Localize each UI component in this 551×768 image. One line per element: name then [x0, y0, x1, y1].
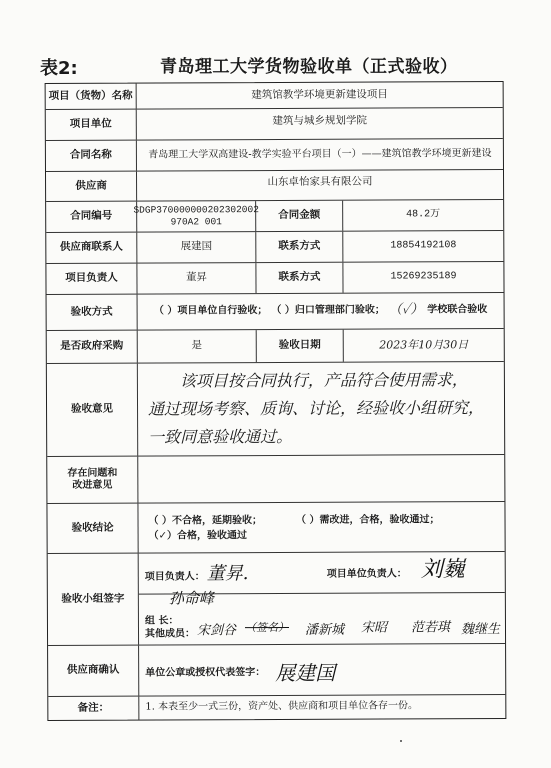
- group-leader-signature: 孙命峰: [169, 587, 214, 608]
- supplier-contact-value: 展建国: [137, 232, 256, 263]
- member-signature-4: 宋昭: [361, 617, 387, 636]
- project-leader-phone-label: 联系方式: [256, 263, 343, 293]
- remarks-value: 1. 本表至少一式三份，资产处、供应商和项目单位各存一份。: [139, 695, 505, 720]
- unit-leader-sign-label: 项目单位负责人：: [327, 564, 407, 579]
- contract-number-line1: SDGP370000000202302002: [133, 204, 258, 216]
- member-signature-2: （签名）: [245, 619, 289, 635]
- row-team-signature: 验收小组签字 项目负责人： 董昇. 项目单位负责人： 刘巍 孙命峰 组 长： 其…: [48, 552, 505, 646]
- acceptance-method-options: （ ）项目单位自行验收； （ ）归口管理部门验收； （✓） 学校联合验收: [138, 293, 504, 330]
- acceptance-opinion-handwriting: 该项目按合同执行，产品符合使用需求， 通过现场考察、质询、讨论，经验收小组研究，…: [138, 362, 504, 456]
- project-name-value: 建筑馆教学环境更新建设项目: [137, 82, 503, 109]
- remarks-label: 备注：: [48, 697, 139, 720]
- contract-number-value: SDGP370000000202302002 970A2 001: [137, 201, 256, 232]
- member-signature-3: 潘新城: [305, 619, 344, 638]
- row-project-name: 项目（货物）名称 建筑馆教学环境更新建设项目: [46, 82, 503, 110]
- conclusion-option-improve: （ ）需改进，合格，验收通过；: [296, 512, 440, 528]
- unit-leader-signature: 刘巍: [421, 552, 465, 583]
- contract-number-label: 合同编号: [46, 202, 137, 232]
- supplier-signature: 展建国: [275, 660, 335, 685]
- supplier-contact-label: 供应商联系人: [46, 233, 137, 263]
- row-issues: 存在问题和 改进意见: [47, 455, 504, 504]
- opinion-line-3: 一致同意验收通过。: [148, 422, 496, 452]
- option-self-acceptance: （ ）项目单位自行验收；: [154, 305, 268, 318]
- conclusion-option-pass: （✓）合格，验收通过: [149, 527, 495, 544]
- project-leader-sign-label: 项目负责人：: [145, 567, 205, 582]
- row-conclusion: 验收结论 （ ）不合格，延期验收； （ ）需改进，合格，验收通过； （✓）合格，…: [47, 502, 504, 554]
- option-department-acceptance: （ ）归口管理部门验收；: [271, 305, 385, 318]
- conclusion-option-fail: （ ）不合格，延期验收；: [148, 513, 262, 528]
- issues-value: [138, 455, 504, 503]
- row-contract-number: 合同编号 SDGP370000000202302002 970A2 001 合同…: [46, 200, 503, 233]
- gov-procurement-label: 是否政府采购: [47, 331, 138, 363]
- opinion-line-1: 该项目按合同执行，产品符合使用需求，: [148, 366, 496, 396]
- acceptance-date-label: 验收日期: [257, 330, 344, 362]
- acceptance-form-table: 项目（货物）名称 建筑馆教学环境更新建设项目 项目单位 建筑与城乡规划学院 合同…: [45, 81, 507, 721]
- acceptance-method-label: 验收方式: [47, 295, 138, 330]
- row-supplier: 供应商 山东卓怡家具有限公司: [46, 170, 503, 202]
- gov-procurement-value: 是: [138, 330, 257, 363]
- row-acceptance-method: 验收方式 （ ）项目单位自行验收； （ ）归口管理部门验收； （✓） 学校联合验…: [47, 293, 504, 331]
- project-unit-value: 建筑与城乡规划学院: [137, 108, 503, 140]
- project-leader-signature: 董昇.: [207, 559, 249, 585]
- contract-amount-value: 48.2万: [343, 200, 503, 231]
- row-contract-name: 合同名称 青岛理工大学双高建设-教学实验平台项目（一）——建筑馆教学环境更新建设: [46, 139, 503, 172]
- row-project-unit: 项目单位 建筑与城乡规划学院: [46, 108, 503, 141]
- supplier-confirm-area: 单位公章或授权代表签字： 展建国: [139, 644, 505, 696]
- contract-amount-label: 合同金额: [256, 201, 343, 231]
- table-number: 表2:: [40, 54, 78, 80]
- conclusion-label: 验收结论: [47, 504, 138, 553]
- supplier-phone-label: 联系方式: [256, 232, 343, 262]
- contract-number-line2: 970A2 001: [171, 216, 222, 228]
- row-project-leader: 项目负责人 董昇 联系方式 15269235189: [46, 262, 503, 295]
- team-signature-area: 项目负责人： 董昇. 项目单位负责人： 刘巍 孙命峰 组 长： 其他成员： 宋剑…: [139, 552, 505, 645]
- project-leader-label: 项目负责人: [46, 264, 137, 294]
- acceptance-opinion-label: 验收意见: [47, 364, 138, 456]
- issues-label: 存在问题和 改进意见: [47, 457, 138, 503]
- supplier-confirm-label: 供应商确认: [48, 646, 139, 696]
- supplier-value: 山东卓怡家具有限公司: [137, 170, 503, 201]
- supplier-label: 供应商: [46, 172, 137, 201]
- row-supplier-confirm: 供应商确认 单位公章或授权代表签字： 展建国: [48, 644, 505, 697]
- member-signature-5: 范若琪: [411, 616, 450, 635]
- form-title: 青岛理工大学货物验收单（正式验收）: [160, 52, 450, 77]
- opinion-line-2: 通过现场考察、质询、讨论，经验收小组研究，: [148, 394, 496, 424]
- project-unit-label: 项目单位: [46, 110, 137, 140]
- row-acceptance-opinion: 验收意见 该项目按合同执行，产品符合使用需求， 通过现场考察、质询、讨论，经验收…: [47, 362, 504, 457]
- row-supplier-contact: 供应商联系人 展建国 联系方式 18854192108: [46, 231, 503, 264]
- issues-label-line1: 存在问题和: [67, 467, 117, 480]
- conclusion-options: （ ）不合格，延期验收； （ ）需改进，合格，验收通过； （✓）合格，验收通过: [138, 502, 504, 553]
- acceptance-date-value: 2023年10月30日: [344, 329, 504, 362]
- scan-speck: [400, 740, 402, 742]
- project-name-label: 项目（货物）名称: [46, 84, 137, 109]
- supplier-stamp-label: 单位公章或授权代表签字：: [145, 667, 265, 680]
- project-leader-value: 董昇: [137, 263, 256, 294]
- row-gov-procurement: 是否政府采购 是 验收日期 2023年10月30日: [47, 329, 504, 364]
- row-remarks: 备注： 1. 本表至少一式三份，资产处、供应商和项目单位各存一份。: [48, 695, 505, 720]
- team-signature-label: 验收小组签字: [48, 554, 139, 645]
- member-signature-1: 宋剑谷: [197, 619, 236, 638]
- members-signature-row: 孙命峰 组 长： 其他成员： 宋剑谷 （签名） 潘新城 宋昭 范若琪 魏继生: [139, 592, 505, 645]
- contract-name-value: 青岛理工大学双高建设-教学实验平台项目（一）——建筑馆教学环境更新建设: [137, 139, 503, 171]
- project-leader-phone-value: 15269235189: [343, 262, 503, 293]
- member-signature-6: 魏继生: [461, 618, 500, 637]
- checkmark-icon: （✓）: [389, 303, 423, 319]
- contract-name-label: 合同名称: [46, 141, 137, 171]
- supplier-phone-value: 18854192108: [343, 231, 503, 262]
- members-sign-label: 其他成员：: [145, 624, 195, 639]
- issues-label-line2: 改进意见: [72, 480, 112, 493]
- option-joint-acceptance: 学校联合验收: [427, 304, 487, 317]
